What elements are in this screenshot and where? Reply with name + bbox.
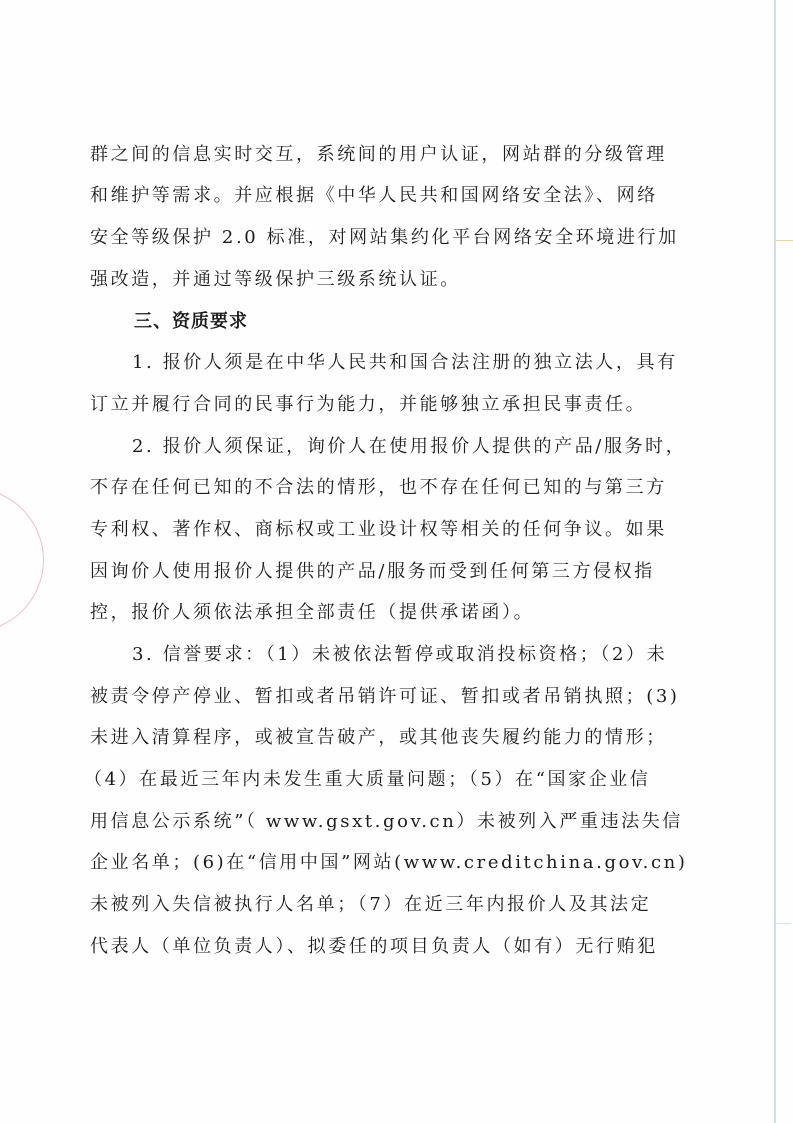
list-item-2-line: 控，报价人须依法承担全部责任（提供承诺函）。 <box>90 598 534 628</box>
paragraph-line: 群之间的信息实时交互，系统间的用户认证，网站群的分级管理 <box>90 140 667 170</box>
list-item-2-line: 2. 报价人须保证，询价人在使用报价人提供的产品/服务时， <box>132 432 686 462</box>
page-edge-tick-mark <box>776 923 791 924</box>
list-item-2-line: 因询价人使用报价人提供的产品/服务而受到任何第三方侵权指 <box>90 557 655 587</box>
section-heading: 三、资质要求 <box>134 307 248 337</box>
page-edge-tick-mark <box>775 240 793 241</box>
page-edge-rule <box>774 0 776 1123</box>
list-item-1-line: 订立并履行合同的民事行为能力，并能够独立承担民事责任。 <box>90 390 646 420</box>
list-item-3-line: 用信息公示系统”（ www.gsxt.gov.cn）未被列入严重违法失信 <box>90 807 683 837</box>
document-page: 群之间的信息实时交互，系统间的用户认证，网站群的分级管理 和维护等需求。并应根据… <box>0 0 793 1123</box>
paragraph-line: 强改造，并通过等级保护三级系统认证。 <box>90 265 461 295</box>
list-item-3-line: 未进入清算程序，或被宣告破产，或其他丧失履约能力的情形； <box>90 723 667 753</box>
paragraph-line: 安全等级保护 2.0 标准，对网站集约化平台网络安全环境进行加 <box>90 223 679 253</box>
list-item-3-line: 3. 信誉要求：（1）未被依法暂停或取消投标资格；（2）未 <box>132 640 667 670</box>
list-item-3-line: 被责令停产停业、暂扣或者吊销许可证、暂扣或者吊销执照；(3) <box>90 682 680 712</box>
list-item-3-line: （4）在最近三年内未发生重大质量问题；（5）在“国家企业信 <box>84 765 651 795</box>
list-item-1-line: 1. 报价人须是在中华人民共和国合法注册的独立法人，具有 <box>132 348 678 378</box>
list-item-2-line: 不存在任何已知的不合法的情形，也不存在任何已知的与第三方 <box>90 473 667 503</box>
list-item-2-line: 专利权、著作权、商标权或工业设计权等相关的任何争议。如果 <box>90 515 667 545</box>
list-item-3-line: 代表人（单位负责人）、拟委任的项目负责人（如有）无行贿犯 <box>90 932 658 962</box>
official-seal-stamp-partial <box>0 488 44 632</box>
paragraph-line: 和维护等需求。并应根据《中华人民共和国网络安全法》、网络 <box>90 181 658 211</box>
list-item-3-line: 未被列入失信被执行人名单；（7）在近三年内报价人及其法定 <box>90 890 651 920</box>
list-item-3-line: 企业名单；(6)在“信用中国”网站(www.creditchina.gov.cn… <box>90 848 687 878</box>
